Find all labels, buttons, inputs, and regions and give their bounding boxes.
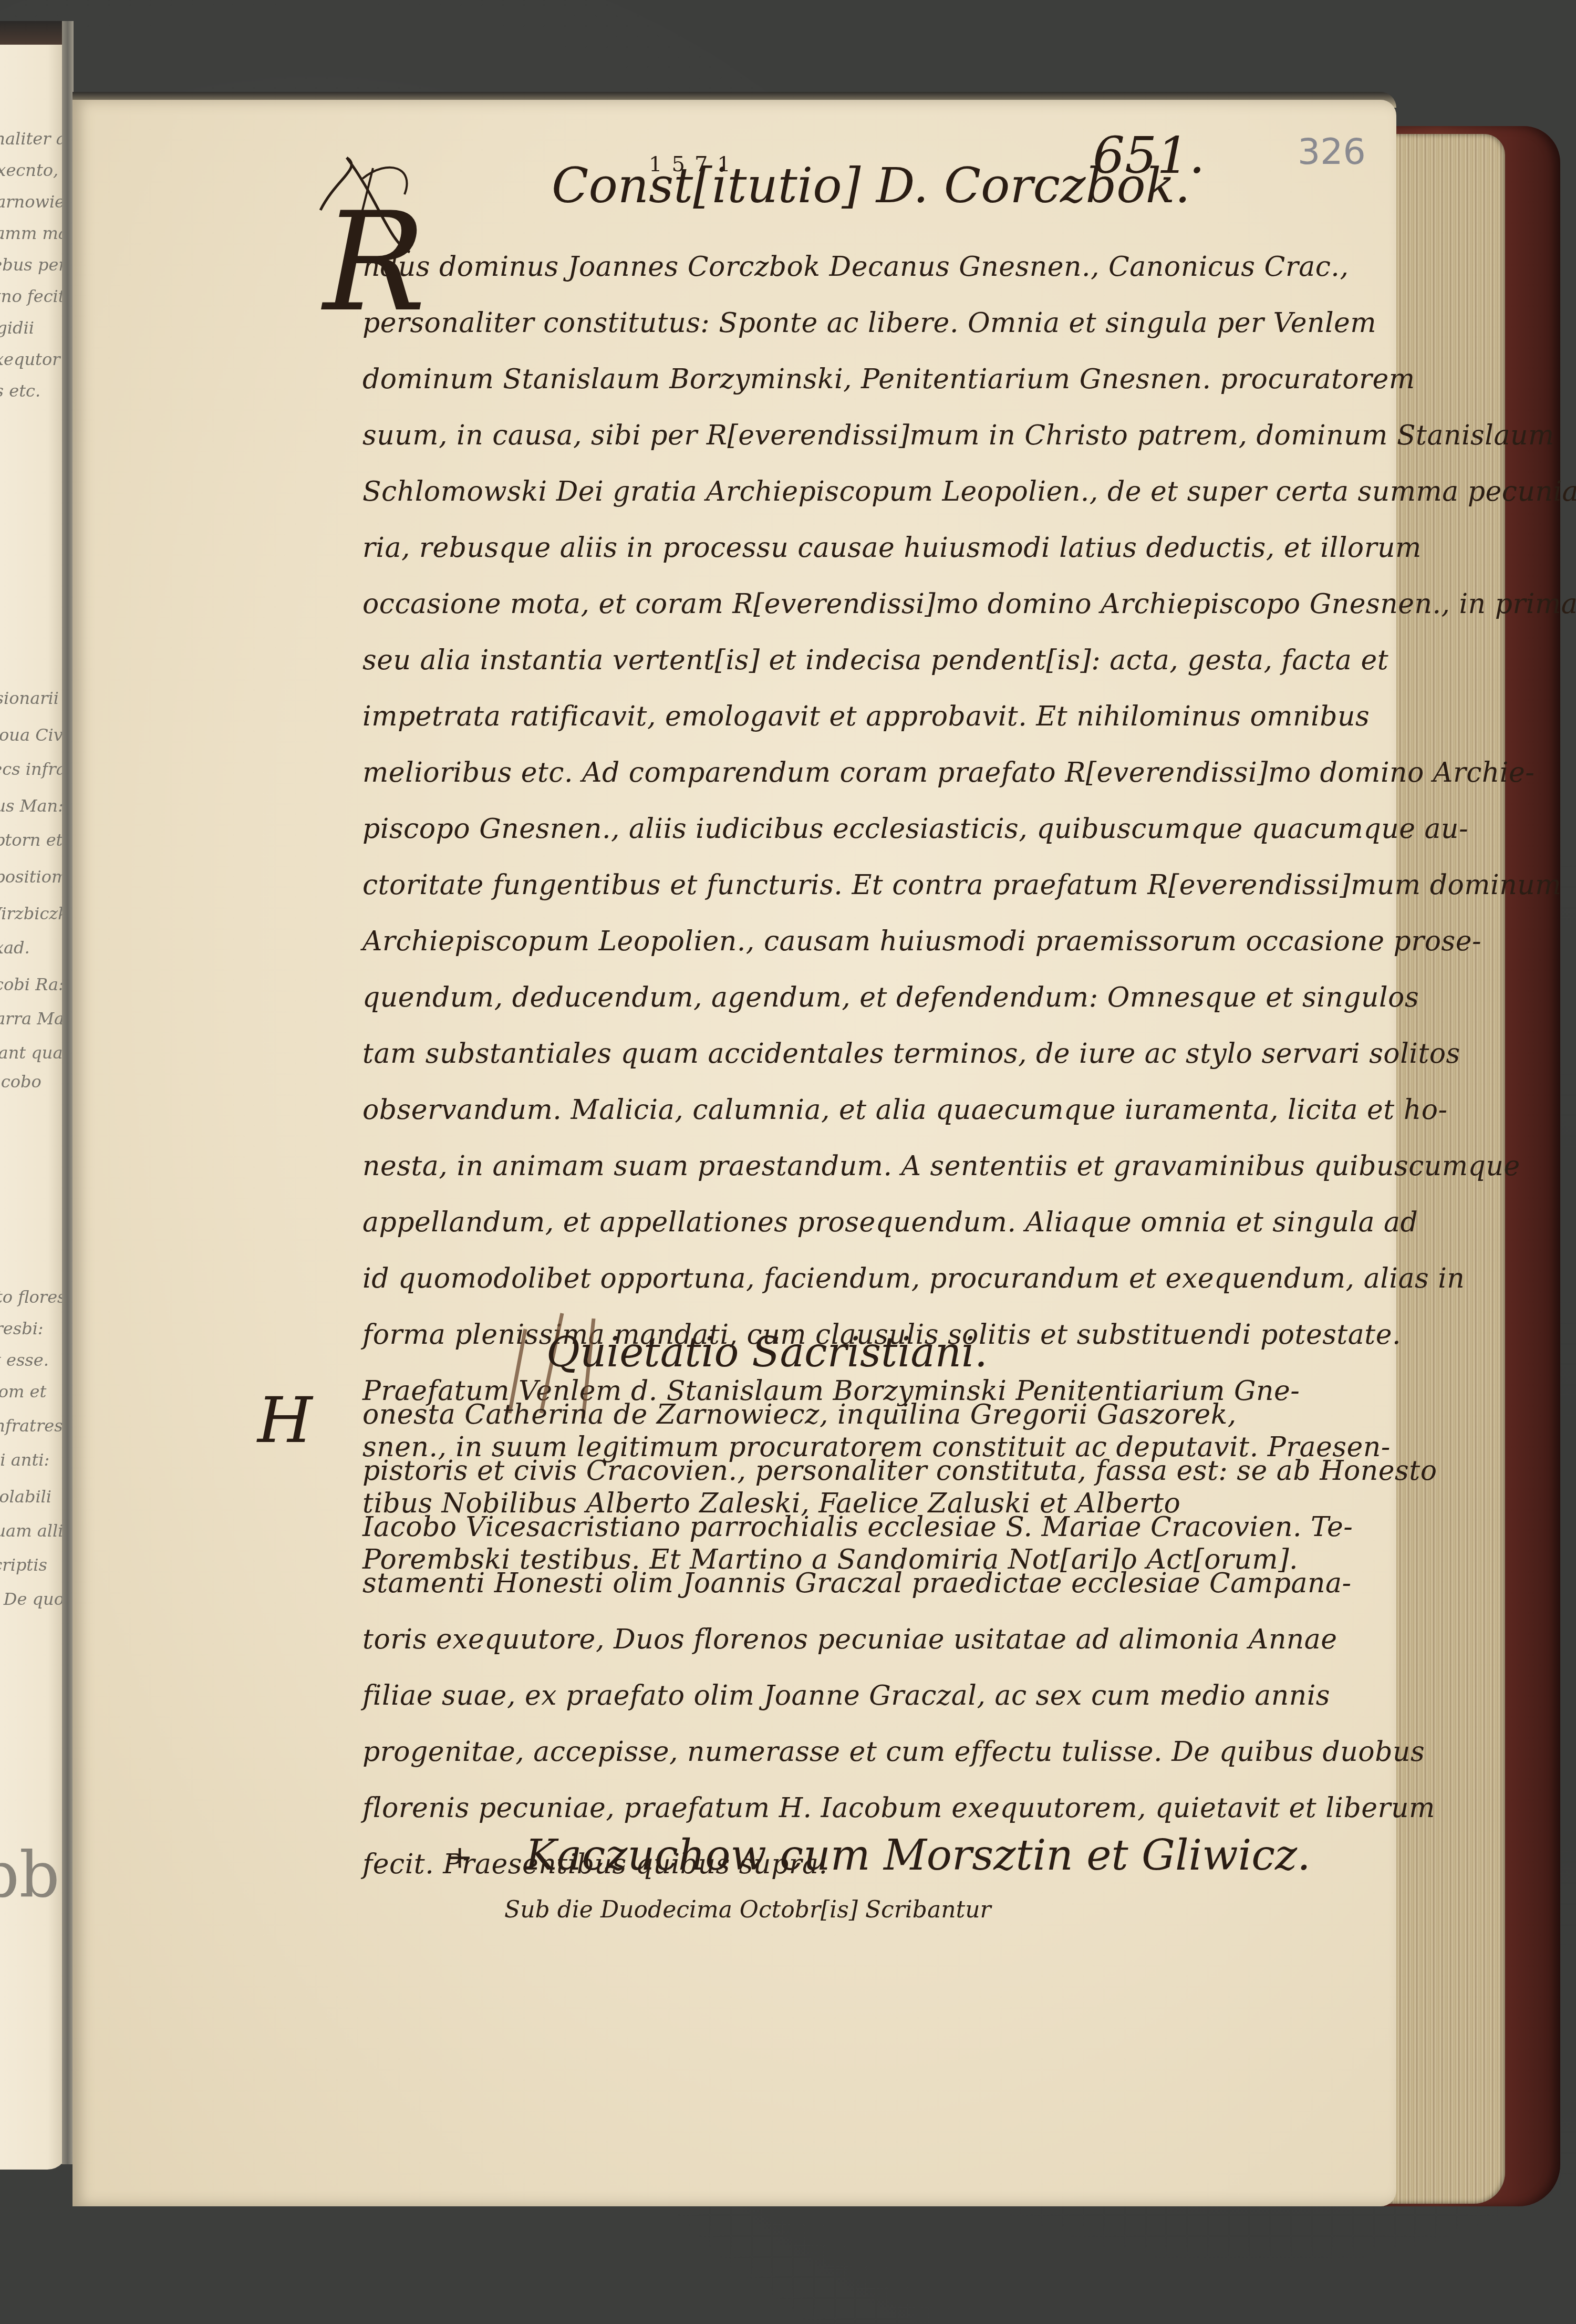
left-margin-line: Sto flores: [0, 1287, 66, 1307]
left-page-folio: bb.: [0, 1839, 68, 1912]
folio-number-ink: 651.: [1093, 126, 1205, 185]
entry-1-line: piscopo Gnesnen., aliis iudicibus eccles…: [362, 801, 1392, 857]
left-page-top-edge: [0, 21, 68, 45]
entry-1-line: suum, in causa, sibi per R[everendissi]m…: [362, 408, 1392, 464]
folio-number-pencil: 326: [1298, 131, 1366, 173]
entry-1-line: ndus dominus Joannes Corczbok Decanus Gn…: [362, 239, 1392, 295]
entry-1-line: Schlomowski Dei gratia Archiepiscopum Le…: [362, 464, 1392, 520]
left-page: onaliter adExecnto,Zarnowieczbamm mar:re…: [0, 21, 68, 2170]
entry-1-line: personaliter constitutus: Sponte ac libe…: [362, 295, 1392, 351]
left-margin-line: Iacobo: [0, 1072, 42, 1092]
left-margin-line: s ant qua:: [0, 1043, 68, 1063]
entry-2-line: pistoris et civis Cracovien., personalit…: [362, 1443, 1392, 1499]
entry-1-line: appellandum, et appellationes prosequend…: [362, 1195, 1392, 1251]
entry-2-line: Iacobo Vicesacristiano parrochialis eccl…: [362, 1499, 1392, 1555]
entry-1-line: quendum, deducendum, agendum, et defende…: [362, 970, 1392, 1026]
footer-heading: Kaczuchow cum Morsztin et Gliwicz.: [525, 1831, 1311, 1880]
left-margin-line: Egidii: [0, 318, 34, 338]
left-margin-line: etno fecit.: [0, 286, 68, 306]
entry-1-line: impetrata ratificavit, emologavit et app…: [362, 689, 1392, 745]
left-margin-line: Noua Civi:: [0, 725, 68, 745]
left-margin-line: violabili: [0, 1487, 51, 1507]
entry-1-line: seu alia instantia vertent[is] et indeci…: [362, 632, 1392, 689]
left-margin-line: Zarnowiecz: [0, 192, 68, 212]
left-margin-line: Wirzbiczki: [0, 904, 68, 924]
left-margin-line: opositiom: [0, 867, 67, 887]
entry-2-text: onesta Catherina de Zarnowiecz, inquilin…: [362, 1387, 1392, 1893]
entry-2-line: filiae suae, ex praefato olim Joanne Gra…: [362, 1668, 1392, 1724]
entry-1-line: occasione mota, et coram R[everendissi]m…: [362, 576, 1392, 632]
entry-1-line: observandum. Malicia, calumnia, et alia …: [362, 1082, 1392, 1138]
entry-1-line: tam substantiales quam accidentales term…: [362, 1026, 1392, 1082]
left-margin-line: siom et: [0, 1382, 46, 1402]
entry-1-line: nesta, in animam suam praestandum. A sen…: [362, 1138, 1392, 1195]
left-margin-line: nsionarii: [0, 688, 59, 708]
left-margin-line: recs infra:: [0, 759, 68, 779]
entry-2-line: florenis pecuniae, praefatum H. Iacobum …: [362, 1780, 1392, 1837]
footer-cross-marker: +: [447, 1839, 473, 1875]
entry-2-line: onesta Catherina de Zarnowiecz, inquilin…: [362, 1387, 1392, 1443]
left-margin-line: Larra Man:: [0, 1009, 68, 1029]
left-margin-line: quam alli:: [0, 1521, 68, 1541]
left-margin-line: rebus per: [0, 255, 67, 275]
left-margin-line: Execnto,: [0, 160, 58, 180]
entry-2-line: stamenti Honesti olim Joannis Graczal pr…: [362, 1555, 1392, 1612]
left-margin-line: acobi Ra:: [0, 974, 64, 994]
entry-1-line: ria, rebusque aliis in processu causae h…: [362, 520, 1392, 576]
left-margin-line: scriptis: [0, 1555, 47, 1575]
left-margin-line: eptorn et: [0, 830, 63, 850]
left-margin-line: exad.: [0, 938, 30, 958]
entry-2-title: Quietatio Sacristiani.: [546, 1329, 988, 1376]
footer-signature: Sub die Duodecima Octobr[is] Scribantur: [504, 1896, 991, 1923]
left-margin-line: exequtor: [0, 349, 60, 369]
left-margin-line: onfratres: [0, 1416, 63, 1436]
left-margin-line: presbi:: [0, 1319, 44, 1339]
entry-1-line: Archiepiscopum Leopolien., causam huiusm…: [362, 914, 1392, 970]
entry-1-line: melioribus etc. Ad comparendum coram pra…: [362, 745, 1392, 801]
entry-1-line: ctoritate fungentibus et functuris. Et c…: [362, 857, 1392, 914]
left-margin-line: s. De quo: [0, 1589, 64, 1609]
left-margin-line: onaliter ad: [0, 129, 68, 149]
book-gutter: [62, 21, 74, 2164]
entry-2-line: toris exequutore, Duos florenos pecuniae…: [362, 1612, 1392, 1668]
drop-cap-h: H: [257, 1384, 313, 1457]
left-margin-line: et esse.: [0, 1350, 49, 1370]
entry-2-line: progenitae, accepisse, numerasse et cum …: [362, 1724, 1392, 1780]
entry-1-line: id quomodolibet opportuna, faciendum, pr…: [362, 1251, 1392, 1307]
left-margin-line: bus Man:: [0, 796, 64, 816]
left-margin-line: bamm mar:: [0, 223, 68, 243]
left-margin-line: mi anti:: [0, 1450, 49, 1470]
entry-1-line: dominum Stanislaum Borzyminski, Penitent…: [362, 351, 1392, 408]
left-margin-line: us etc.: [0, 381, 40, 401]
